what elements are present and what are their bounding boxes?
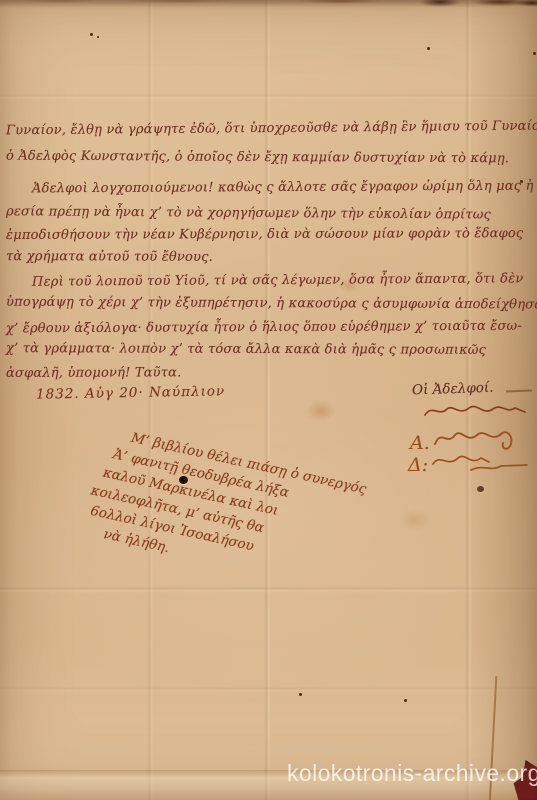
handwriting-line: ὁ Ἀδελφὸς Κωνσταντῆς, ὁ ὁποῖος δὲν ἔχῃ κ… — [6, 149, 534, 167]
handwriting-line: τὰ χρήματα αὐτοῦ τοῦ ἔθνους. — [6, 249, 534, 266]
handwriting-line: Ἀδελφοὶ λογχοποιούμενοι! καθὼς ς ἄλλοτε … — [6, 179, 537, 197]
ink-stain — [306, 400, 336, 422]
signature-1 — [420, 400, 527, 422]
signature-flourish — [423, 400, 527, 422]
handwriting-line: χ’ ἔρθουν ἀξιόλογα· δυστυχία ἦτον ὁ ἥλιο… — [6, 319, 534, 337]
handwriting-line: ἐμποδισθήσουν τὴν νέαν Κυβέρνησιν, διὰ ν… — [6, 226, 534, 243]
handwriting-line: ἀσφαλῆ, ὑπομονή! Ταῦτα. — [6, 364, 534, 381]
speck — [90, 33, 93, 36]
speck — [404, 699, 407, 702]
speck — [299, 693, 302, 696]
closing-phrase: Οἱ Ἀδελφοί. — [412, 380, 494, 399]
handwriting-line: χ’ τὰ γράμματα· λοιπὸν χ’ τὰ τόσα ἄλλα κ… — [6, 341, 534, 358]
handwriting-line: ὑπογράψῃ τὸ χέρι χ’ τὴν ἐξυπηρέτησιν, ἡ … — [6, 295, 534, 313]
letter-photo: Γυναίον, ἔλθῃ νὰ γράψητε ἐδῶ, ὅτι ὑποχρε… — [0, 0, 537, 800]
watermark: kolokotronis-archive.org — [287, 760, 537, 787]
signature-3: Δ: — [408, 450, 531, 476]
dateline: 1832. Αὐγ 20· Ναύπλιον — [36, 383, 225, 402]
ink-blot — [477, 486, 484, 492]
speck — [427, 47, 430, 50]
top-edge-stain — [0, 0, 537, 10]
speck — [97, 36, 99, 38]
speck — [533, 52, 536, 55]
signature-label: Δ: — [408, 454, 428, 476]
signature-flourish — [431, 450, 531, 476]
